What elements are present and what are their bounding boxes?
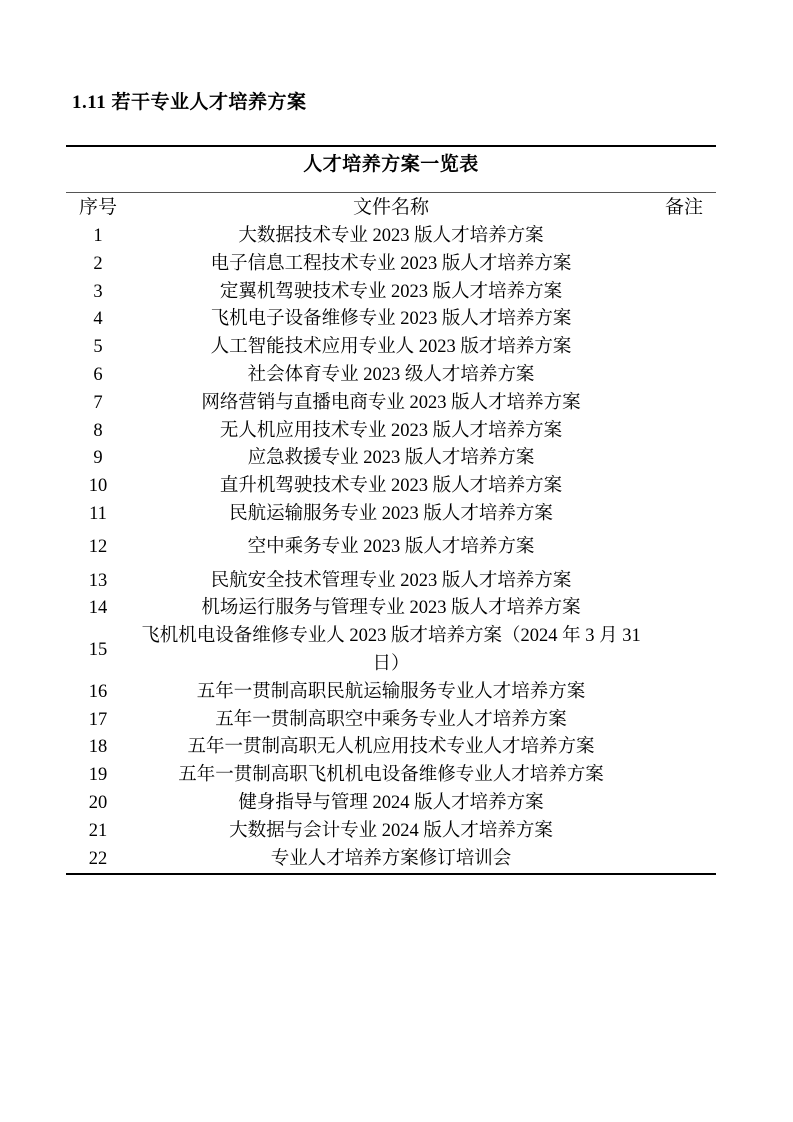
table-row: 10 直升机驾驶技术专业 2023 版人才培养方案: [66, 473, 716, 501]
table-row: 6 社会体育专业 2023 级人才培养方案: [66, 362, 716, 390]
table-row: 4 飞机电子设备维修专业 2023 版人才培养方案: [66, 306, 716, 334]
row-number: 20: [66, 790, 130, 818]
file-name: 人工智能技术应用专业人 2023 版才培养方案: [130, 334, 652, 362]
table-row: 5 人工智能技术应用专业人 2023 版才培养方案: [66, 334, 716, 362]
row-number: 16: [66, 679, 130, 707]
row-number: 15: [66, 637, 130, 665]
file-name: 飞机机电设备维修专业人 2023 版才培养方案（2024 年 3 月 31 日）: [130, 623, 652, 679]
column-header-filename: 文件名称: [130, 193, 652, 223]
file-name: 社会体育专业 2023 级人才培养方案: [130, 362, 652, 390]
table-row: 15 飞机机电设备维修专业人 2023 版才培养方案（2024 年 3 月 31…: [66, 623, 716, 679]
file-name: 健身指导与管理 2024 版人才培养方案: [130, 790, 652, 818]
document-page: 1.11 若干专业人才培养方案 人才培养方案一览表 序号 文件名称 备注 1 大…: [0, 0, 793, 1122]
row-number: 3: [66, 279, 130, 307]
file-name: 专业人才培养方案修订培训会: [130, 846, 652, 874]
training-plan-table: 人才培养方案一览表 序号 文件名称 备注 1 大数据技术专业 2023 版人才培…: [66, 145, 716, 875]
row-number: 19: [66, 762, 130, 790]
file-name: 空中乘务专业 2023 版人才培养方案: [130, 534, 652, 562]
row-number: 22: [66, 846, 130, 874]
table-row: 12 空中乘务专业 2023 版人才培养方案: [66, 529, 716, 568]
row-number: 2: [66, 251, 130, 279]
row-number: 4: [66, 306, 130, 334]
table-row: 22 专业人才培养方案修订培训会: [66, 846, 716, 874]
table-row: 1 大数据技术专业 2023 版人才培养方案: [66, 223, 716, 251]
column-header-note: 备注: [652, 193, 716, 223]
row-number: 8: [66, 418, 130, 446]
file-name: 民航安全技术管理专业 2023 版人才培养方案: [130, 568, 652, 596]
row-number: 12: [66, 534, 130, 562]
file-name: 五年一贯制高职无人机应用技术专业人才培养方案: [130, 734, 652, 762]
table-row: 2 电子信息工程技术专业 2023 版人才培养方案: [66, 251, 716, 279]
row-number: 11: [66, 501, 130, 529]
file-name: 无人机应用技术专业 2023 版人才培养方案: [130, 418, 652, 446]
file-name: 飞机电子设备维修专业 2023 版人才培养方案: [130, 306, 652, 334]
table-row: 3 定翼机驾驶技术专业 2023 版人才培养方案: [66, 279, 716, 307]
table-row: 16 五年一贯制高职民航运输服务专业人才培养方案: [66, 679, 716, 707]
table-row: 17 五年一贯制高职空中乘务专业人才培养方案: [66, 707, 716, 735]
table-row: 18 五年一贯制高职无人机应用技术专业人才培养方案: [66, 734, 716, 762]
file-name: 民航运输服务专业 2023 版人才培养方案: [130, 501, 652, 529]
table-row: 13 民航安全技术管理专业 2023 版人才培养方案: [66, 568, 716, 596]
row-number: 7: [66, 390, 130, 418]
table-row: 9 应急救援专业 2023 版人才培养方案: [66, 445, 716, 473]
file-name: 五年一贯制高职飞机机电设备维修专业人才培养方案: [130, 762, 652, 790]
row-number: 5: [66, 334, 130, 362]
section-heading: 1.11 若干专业人才培养方案: [72, 92, 793, 113]
row-number: 13: [66, 568, 130, 596]
row-number: 18: [66, 734, 130, 762]
table-row: 7 网络营销与直播电商专业 2023 版人才培养方案: [66, 390, 716, 418]
row-number: 1: [66, 223, 130, 251]
table-row: 8 无人机应用技术专业 2023 版人才培养方案: [66, 418, 716, 446]
column-header-no: 序号: [66, 193, 130, 223]
table-row: 20 健身指导与管理 2024 版人才培养方案: [66, 790, 716, 818]
table-row: 21 大数据与会计专业 2024 版人才培养方案: [66, 818, 716, 846]
row-number: 17: [66, 707, 130, 735]
file-name: 大数据与会计专业 2024 版人才培养方案: [130, 818, 652, 846]
file-name: 应急救援专业 2023 版人才培养方案: [130, 445, 652, 473]
row-number: 6: [66, 362, 130, 390]
file-name: 机场运行服务与管理专业 2023 版人才培养方案: [130, 595, 652, 623]
file-name: 大数据技术专业 2023 版人才培养方案: [130, 223, 652, 251]
table-header-row: 序号 文件名称 备注: [66, 193, 716, 223]
file-name: 直升机驾驶技术专业 2023 版人才培养方案: [130, 473, 652, 501]
row-number: 10: [66, 473, 130, 501]
file-name: 网络营销与直播电商专业 2023 版人才培养方案: [130, 390, 652, 418]
row-number: 21: [66, 818, 130, 846]
file-name: 五年一贯制高职民航运输服务专业人才培养方案: [130, 679, 652, 707]
table-row: 19 五年一贯制高职飞机机电设备维修专业人才培养方案: [66, 762, 716, 790]
file-name: 定翼机驾驶技术专业 2023 版人才培养方案: [130, 279, 652, 307]
row-number: 14: [66, 595, 130, 623]
table-body: 1 大数据技术专业 2023 版人才培养方案 2 电子信息工程技术专业 2023…: [66, 223, 716, 873]
row-number: 9: [66, 445, 130, 473]
file-name: 五年一贯制高职空中乘务专业人才培养方案: [130, 707, 652, 735]
table-title: 人才培养方案一览表: [66, 147, 716, 192]
file-name: 电子信息工程技术专业 2023 版人才培养方案: [130, 251, 652, 279]
table-row: 14 机场运行服务与管理专业 2023 版人才培养方案: [66, 595, 716, 623]
table-row: 11 民航运输服务专业 2023 版人才培养方案: [66, 501, 716, 529]
